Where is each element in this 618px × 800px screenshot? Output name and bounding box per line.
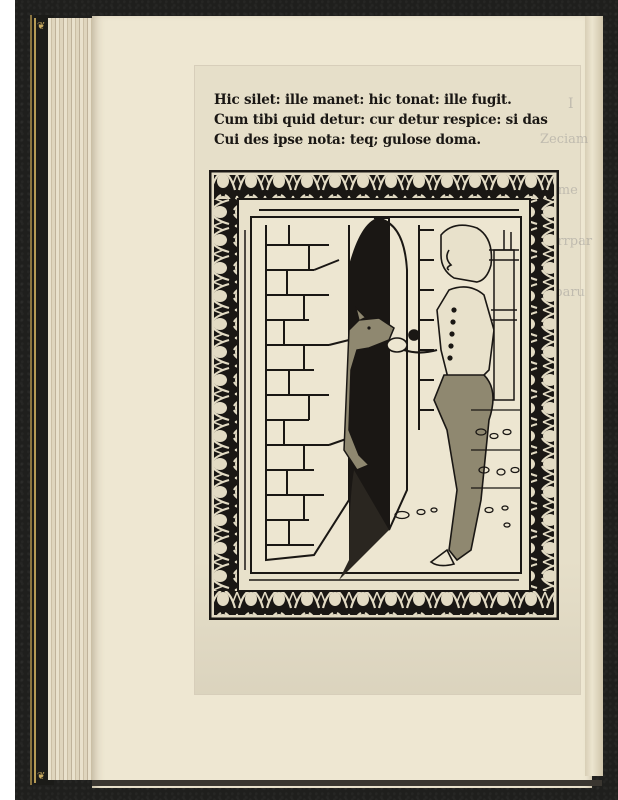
woodcut-illustration (209, 170, 559, 620)
border-right (530, 199, 554, 591)
verse-line-1: Hic silet: ille manet: hic tonat: ille f… (214, 90, 544, 110)
colonnade (489, 230, 519, 400)
page-block-edges (48, 18, 92, 780)
border-left (214, 199, 238, 591)
verse-line-2: Cum tibi quid detur: cur detur respice: … (214, 110, 544, 130)
border-bottom (214, 591, 554, 615)
fleuron-icon: ❦ (37, 22, 47, 32)
gold-tooling-line (34, 18, 36, 783)
page-bottom-shadow (92, 780, 602, 786)
verse-line-3: Cui des ipse nota: teq; gulose doma. (214, 130, 544, 150)
bleed-initial: I (568, 96, 574, 113)
fleuron-icon: ❦ (37, 772, 47, 782)
woodcut-svg (209, 170, 559, 620)
bleed-line: Zeciam (540, 131, 592, 148)
border-top (214, 175, 554, 199)
verse-text: Hic silet: ille manet: hic tonat: ille f… (214, 90, 544, 150)
